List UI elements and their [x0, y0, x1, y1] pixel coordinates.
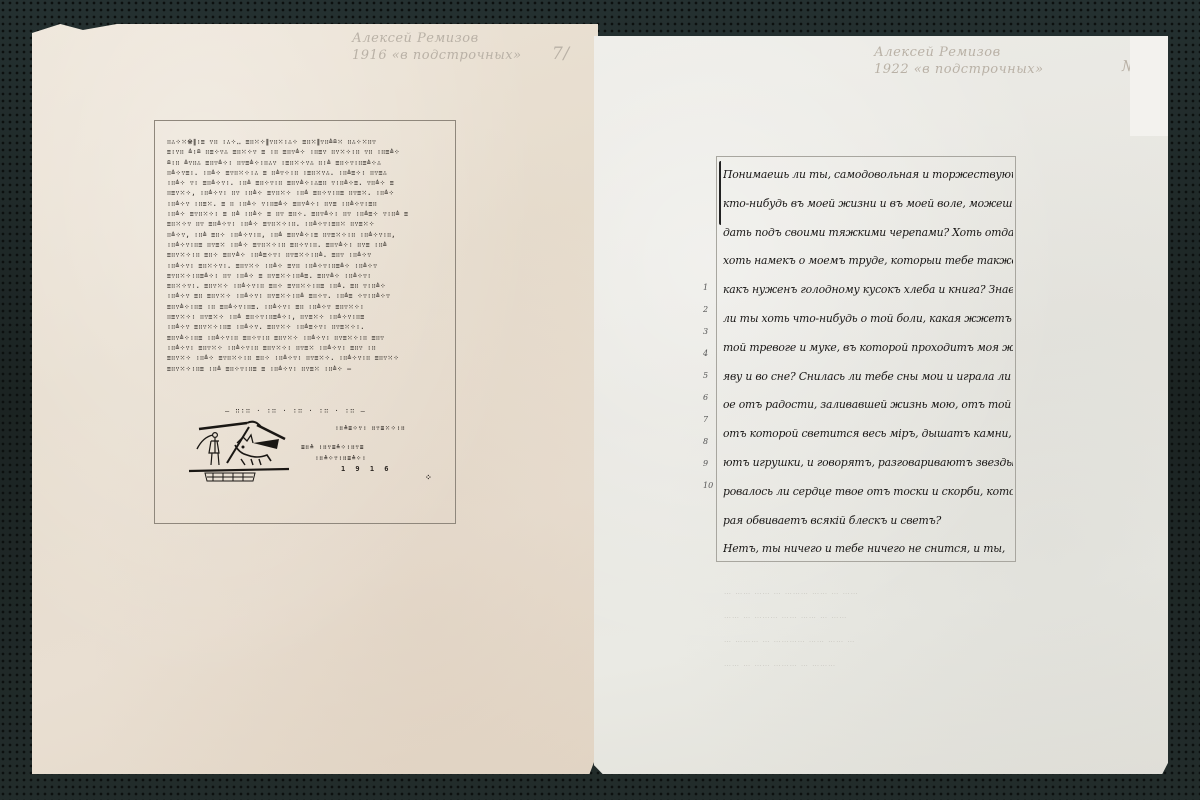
text-line: той тревоге и муке, въ которой проходитъ…: [723, 334, 1013, 363]
margin-number: 1: [703, 277, 713, 299]
text-line: кто-нибудь въ моей жизни и въ моей воле,…: [723, 190, 1013, 219]
pencil-annotation: Алексей Ремизов 1922 «в подстрочных»: [874, 44, 1114, 78]
faded-show-through-text: …… … …… ……… … ………: [724, 660, 836, 668]
margin-number: 6: [703, 387, 713, 409]
text-line: ≡∷∵≙⁘∶∷≡ ∶∷ ≡∷≙⁘∵∶∷≡. ∶∷≙⁘∵∶ ≡∷ ∶∷≙⁘∵ ≡∷…: [167, 302, 443, 312]
margin-number: 5: [703, 365, 713, 387]
margin-number: 4: [703, 343, 713, 365]
signature-line: ≡∷≙ ∶∷∵≡≙⁘∶∷∵≡: [301, 444, 364, 451]
text-line: ∶∷≙⁘∵∶ ≡∷∵⁙⁘ ∶∷≙⁘∵∶∷ ≡∷∵⁙⁘∶ ∷∵≡⁙ ∶∷≙⁘∵∶ …: [167, 343, 443, 353]
corner-mark: ⁘: [425, 473, 433, 482]
text-line: ∷≡∵⁙⁘∶ ∷∵≡⁙⁘ ∶∷≙ ≡∷⁘∵∶∷≡≙⁘∶, ∷∵≡⁙⁘ ∶∷≙⁘∵…: [167, 312, 443, 322]
annotation-line: 1916 «в подстрочных»: [352, 47, 572, 64]
text-line: ли ты хоть что-нибудь о той боли, какая …: [723, 305, 1013, 334]
annotation-line: Алексей Ремизов: [874, 44, 1114, 61]
text-line: Нетъ, ты ничего и тебе ничего не снится,…: [723, 535, 1013, 564]
calligraphy-frame: 1 2 3 4 5 6 7 8 9 10 Понимаешь ли ты, са…: [716, 156, 1016, 562]
right-manuscript-sheet: Алексей Ремизов 1922 «в подстрочных» № 3…: [594, 36, 1168, 774]
text-line: отъ которой светится весь міръ, дышатъ к…: [723, 420, 1013, 449]
margin-number: 7: [703, 409, 713, 431]
margin-number: 8: [703, 431, 713, 453]
annotation-line: Алексей Ремизов: [352, 30, 572, 47]
text-line: Понимаешь ли ты, самодовольная и торжест…: [723, 161, 1013, 190]
text-line: ≡∷⁙⁘∵ ∷∵ ≡∷≙⁘∵∶ ∶∷≙⁘ ≡∵∷⁙⁘∶∷. ∶∷≙⁘∵∶≡∷⁙ …: [167, 219, 443, 229]
text-line: рая обвиваетъ всякій блескъ и светъ?: [723, 507, 1013, 536]
signature-line: ∶∷≙⁘∵∶∷≡≙⁘∶: [315, 455, 366, 462]
text-line: какъ нуженъ голодному кусокъ хлеба и кни…: [723, 276, 1013, 305]
paper-fold-tab: [1130, 36, 1168, 136]
text-line: ≡∶∵∷ ≙∶≘ ∷≡⁘∵∴ ≡∷⁙⁘∵ ≡ ∶∷ ≡∷∵≙⁘ ∶∷≡∵ ∷∵⁙…: [167, 147, 443, 157]
text-line: ∶∷≙⁘ ∵∶ ≡∷≙⁘∵∶. ∶∷≙ ≡∷⁘∵∶∷ ≡∷∵≙⁘∶∴≡∷ ∵∶∷…: [167, 178, 443, 188]
text-line: ∷∴⁘⁙※∥∶≡ ∵∷ ∶∴⁘‥ ≡∷⁙⁘∥∵∷⁙∶∴⁘ ≡∷⁙∥∵∷≙≘⁙ ∷…: [167, 137, 443, 147]
margin-line-numbers: 1 2 3 4 5 6 7 8 9 10: [703, 277, 713, 497]
pencil-annotation: Алексей Ремизов 1916 «в подстрочных»: [352, 30, 572, 64]
faded-show-through-text: …… … ……… …… …… … ……: [724, 612, 847, 620]
text-line: ≘∶∷ ≙∵∷∴ ≡∷∵≙⁘∶ ∷∵≡≙⁘∶∷∴∵ ∶≡∷⁙⁘∵∴ ∷∶≙ ≡∷…: [167, 158, 443, 168]
glyph-script-text: ∷∴⁘⁙※∥∶≡ ∵∷ ∶∴⁘‥ ≡∷⁙⁘∥∵∷⁙∶∴⁘ ≡∷⁙∥∵∷≙≘⁙ ∷…: [167, 137, 443, 374]
faded-show-through-text: … ……… … ………… …… …… …: [724, 636, 855, 644]
text-line: ≡∷∵⁙⁘ ∶∷≙⁘ ≡∵∷⁙⁘∶∷ ≡∷⁘ ∶∷≙⁘∵∶ ∷∵≡⁙⁘. ∶∷≙…: [167, 353, 443, 363]
ink-drawing-illustration: [187, 419, 299, 485]
margin-number: 10: [703, 475, 713, 497]
text-line: ∶∷≙⁘∵∶∷≡ ∷∵≡⁙ ∶∷≙⁘ ≡∵∷⁙⁘∶∷ ≡∷⁘∵∶∷. ≡∷∵≙⁘…: [167, 240, 443, 250]
text-line: ∶∷≙⁘ ≡∵∷⁙⁘∶ ≡ ∷≙ ∶∷≙⁘ ≡ ∷∵ ≡∷⁘. ≡∷∵≙⁘∶ ∷…: [167, 209, 443, 219]
margin-number: 9: [703, 453, 713, 475]
printed-text-frame: ∷∴⁘⁙※∥∶≡ ∵∷ ∶∴⁘‥ ≡∷⁙⁘∥∵∷⁙∶∴⁘ ≡∷⁙∥∵∷≙≘⁙ ∷…: [154, 120, 456, 524]
text-line: ∷≙⁘∵≡∶. ∶∷≙⁘ ≡∵∷⁙⁘∶∴ ≡ ∷≙∵⁘∶∷ ∶≡∷⁙∵∴. ∶∷…: [167, 168, 443, 178]
text-line: хоть намекъ о моемъ труде, которыи тебе …: [723, 247, 1013, 276]
text-line: ≡∷∵≙⁘∶∷≡ ∶∷≙⁘∵∶∷ ≡∷⁘∵∶∷ ≡∷∵⁙⁘ ∶∷≙⁘∵∶ ∷∵≡…: [167, 333, 443, 343]
text-line: ∷≙⁘∵, ∶∷≙ ≡∷⁘ ∶∷≙⁘∵∶∷, ∶∷≙ ≡∷∵≙⁘∶≡ ∷∵≡⁙⁘…: [167, 230, 443, 240]
text-line: ∶∷≙⁘∵ ∶∷≡⁙. ≡ ∷ ∶∷≙⁘ ∵∶∷≡≙⁘ ≡∷∵≙⁘∶ ∷∵≡ ∶…: [167, 199, 443, 209]
text-line: ≡∷∵⁙⁘∶∷ ≡∷⁘ ≡∷∵≙⁘ ∶∷≙≡⁘∵∶ ∷∵≡⁙⁘∶∷≙. ≡∷∵ …: [167, 250, 443, 260]
year-line: 1 9 1 6: [341, 465, 392, 473]
text-line: ∶∷≙⁘∵ ≡∷ ≡∷∵⁙⁘ ∶∷≙⁘∵∶ ∷∵≡⁙⁘∶∷≙ ≡∷⁘∵. ∶∷≙…: [167, 291, 443, 301]
text-line: ∷≡∵⁙⁘, ∶∷≙⁘∵∶ ∷∵ ∶∷≙⁘ ≡∵∷⁙⁘ ∶∷≙ ≡∷⁘∵∶∷≡ …: [167, 188, 443, 198]
text-line: ое отъ радости, заливавшей жизнь мою, от…: [723, 391, 1013, 420]
text-line: дать подъ своими тяжкими черепами? Хоть …: [723, 219, 1013, 248]
text-line: ∶∷≙⁘∵ ≡∷∵⁙⁘∶∷≡ ∶∷≙⁘∵. ≡∷∵⁙⁘ ∶∷≙≡⁘∵∶ ∷∵≡⁙…: [167, 322, 443, 332]
left-manuscript-sheet: Алексей Ремизов 1916 «в подстрочных» 7/ …: [32, 24, 598, 774]
text-line: ≡∷⁙⁘∵∶. ≡∷∵⁙⁘ ∶∷≙⁘∵∶∷ ≡∷⁘ ≡∵∷⁙⁘∶∷≡ ∶∷≙. …: [167, 281, 443, 291]
signature-line: ∶∷≙≡⁘∵∶ ∷∵≡⁙⁘∶∷: [335, 425, 405, 432]
annotation-line: 1922 «в подстрочных»: [874, 61, 1114, 78]
faded-show-through-text: … …… …… … ……… …… … ……: [724, 588, 859, 596]
text-line: ютъ игрушки, и говорятъ, разговариваютъ …: [723, 449, 1013, 478]
text-line: яву и во сне? Снилась ли тебе сны мои и …: [723, 363, 1013, 392]
text-line: ≡∵∷⁙⁘∶∷≡≙⁘∶ ∷∵ ∶∷≙⁘ ≡ ∷∵≡⁙⁘∶∷≙≡. ≡∷∵≙⁘ ∶…: [167, 271, 443, 281]
text-line: ≡∷∵⁙⁘∶∷≡ ∶∷≙ ≡∷⁘∵∶∷≡ ≡ ∶∷≙⁘∵∶ ∷∵≡⁙ ∶∷≙⁘ …: [167, 364, 443, 374]
section-divider: – ∷∶∷ · ∶∷ · ∶∷ · ∶∷ · ∶∷ –: [225, 407, 366, 415]
margin-number: 3: [703, 321, 713, 343]
margin-number: 2: [703, 299, 713, 321]
page-number: 7/: [552, 46, 570, 63]
text-line: ровалось ли сердце твое отъ тоски и скор…: [723, 478, 1013, 507]
calligraphy-text: Понимаешь ли ты, самодовольная и торжест…: [723, 161, 1013, 564]
text-line: ∶∷≙⁘∵∶ ≡∷⁙⁘∵∶. ≡∷∵⁙⁘ ∶∷≙⁘ ≡∵∷ ∶∷≙⁘∵∶∷≡≙⁘…: [167, 261, 443, 271]
